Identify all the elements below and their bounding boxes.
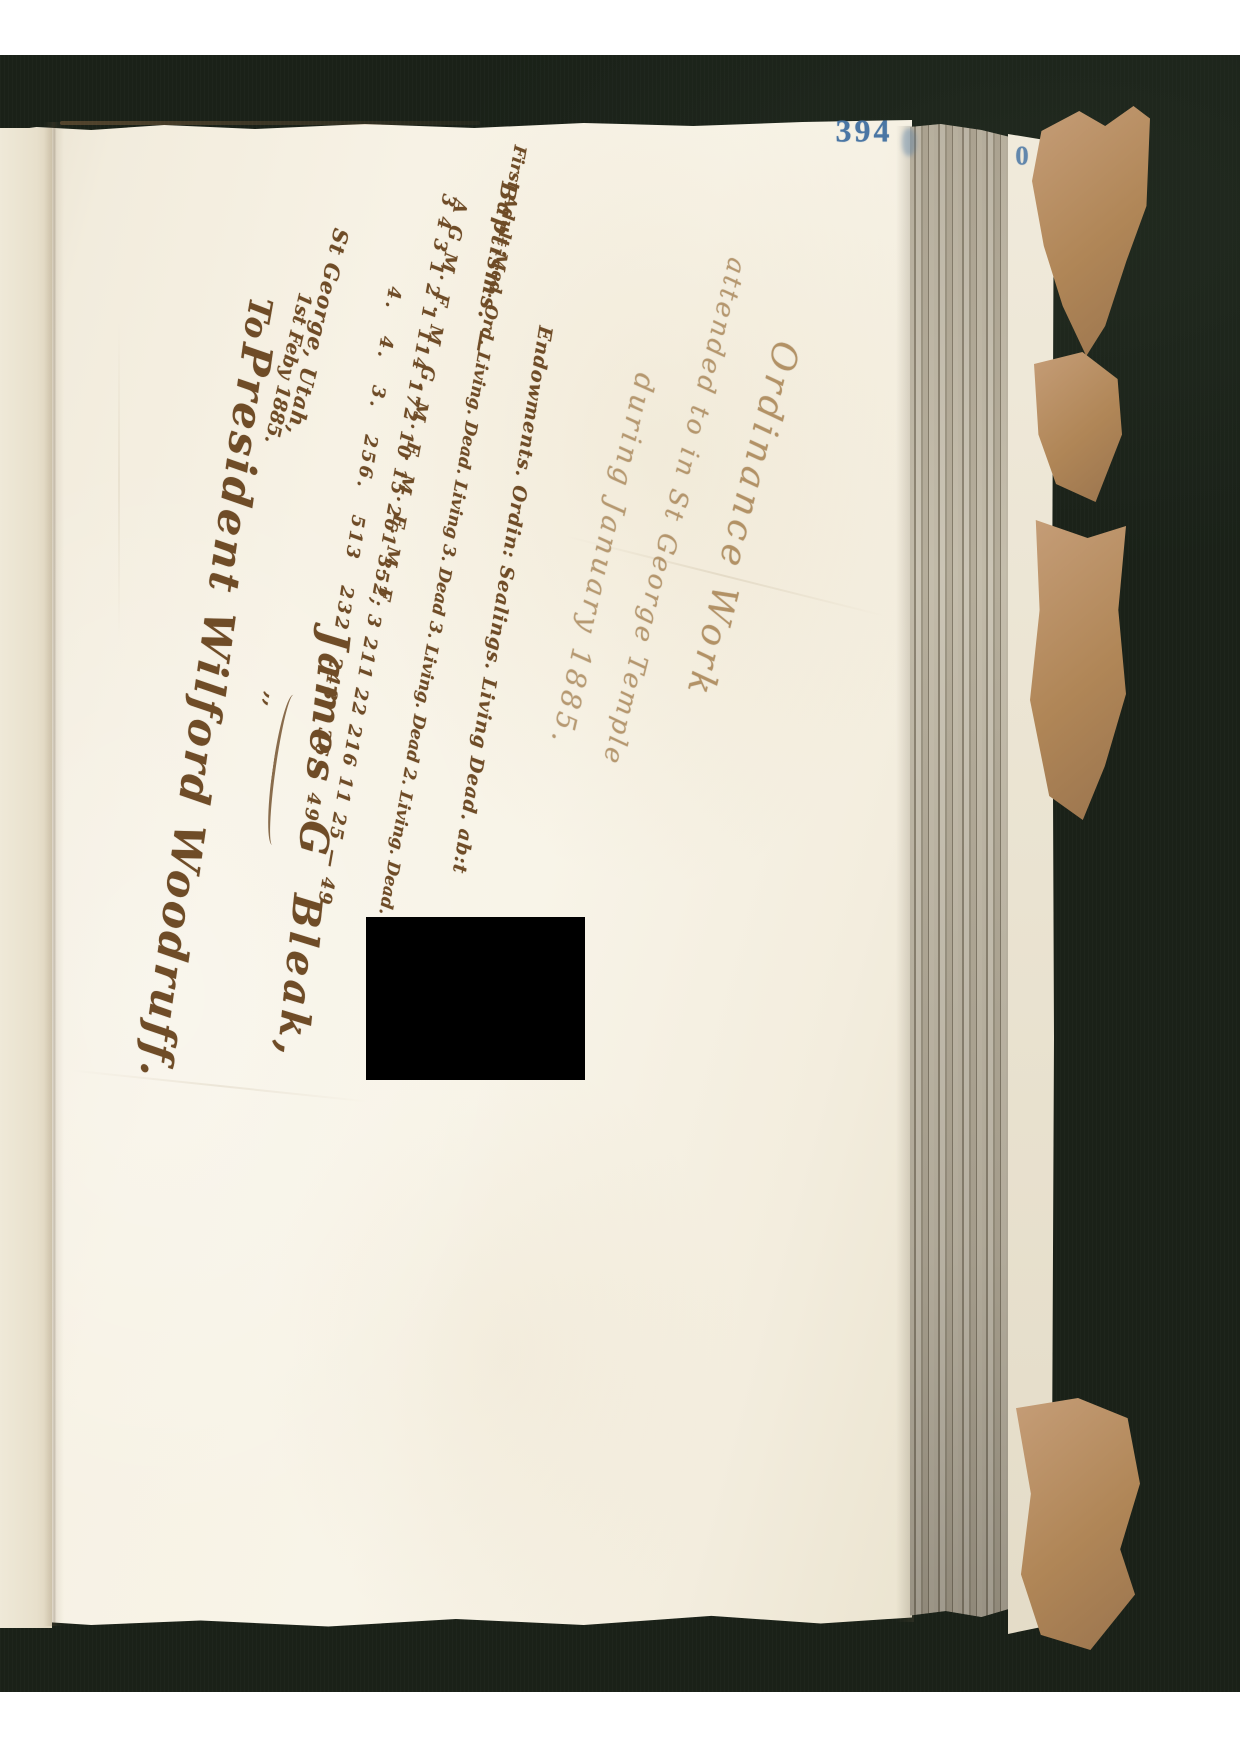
page-top-edge-stain: [60, 121, 480, 125]
redaction-box: [366, 917, 585, 1080]
stacked-page-edges: [910, 124, 1012, 1620]
page-number-stamp: 394: [836, 113, 893, 150]
closing-salutation: To: [236, 294, 281, 341]
ink-smudge: [902, 128, 916, 156]
binding-gutter-crease: [44, 122, 64, 1626]
adjacent-page-number-stamp: 0: [1015, 141, 1029, 172]
paper-crease: [118, 320, 120, 640]
scanned-ledger-page: 394 0 Ordinance Work attended to in St G…: [0, 0, 1240, 1755]
